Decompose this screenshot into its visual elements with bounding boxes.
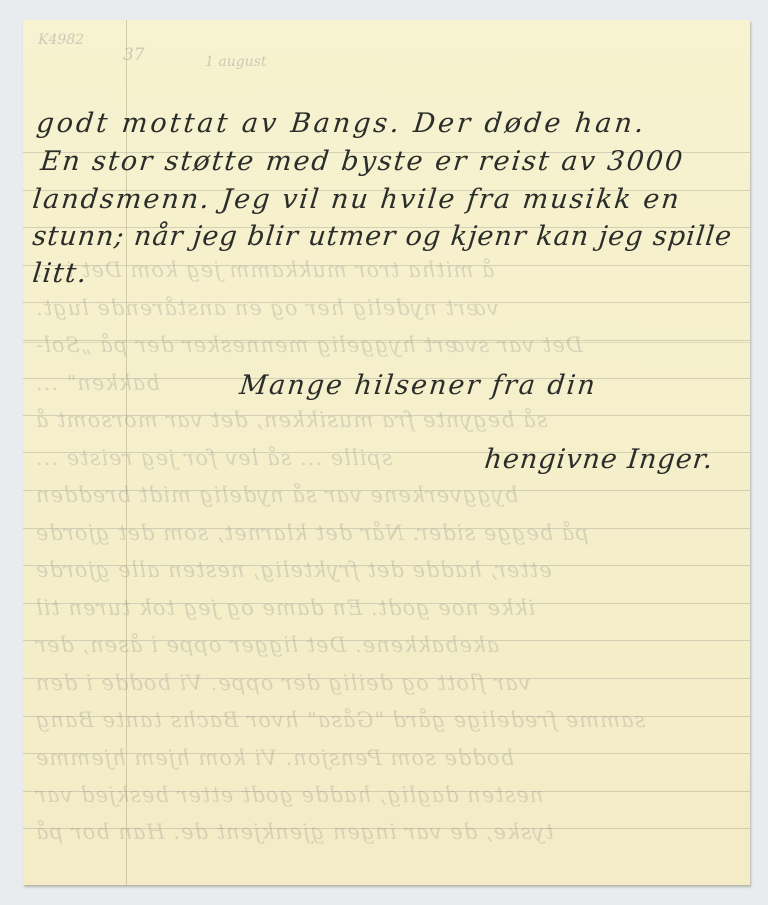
bleed-through-line: samme fredelige gård "Gåsa" hvor Bachs t… xyxy=(35,708,738,732)
bleed-through-line: bodde som Pensjon. Vi kom hjem hjemme xyxy=(35,746,738,770)
page-number: 37 xyxy=(123,45,145,65)
bleed-through-line: så begynte fra musikken, det var morsomt… xyxy=(35,408,738,432)
bleed-through-line: var flott og deilig der oppe. Vi bodde i… xyxy=(35,671,738,695)
date-note: 1 august xyxy=(205,54,267,70)
archive-number: K4982 xyxy=(38,32,84,48)
bleed-through-line: Det var svært hyggelig mennesker der på … xyxy=(35,333,738,357)
letter-body-line: landsmenn. Jeg vil nu hvile fra musikk e… xyxy=(31,184,682,215)
bleed-through-line: akebakkene. Det ligger oppe i åsen, der xyxy=(35,633,738,657)
bleed-through-line: tyske, de var ingen gjenkjent de. Han bo… xyxy=(35,820,738,844)
letter-page: K4982 37 1 august å mitha tror mukkamm j… xyxy=(23,20,750,885)
bleed-through-line: etter, hadde det fryktelig, nesten alle … xyxy=(35,558,738,582)
letter-body-line: En stor støtte med byste er reist av 300… xyxy=(39,146,686,177)
letter-body-line: godt mottat av Bangs. Der døde han. xyxy=(35,108,648,139)
letter-signature: hengivne Inger. xyxy=(483,444,715,475)
bleed-through-line: vært nydelig her og en anstårende lugt. xyxy=(35,296,738,320)
bleed-through-line: nesten daglig, hadde godt etter beskjed … xyxy=(35,783,738,807)
letter-body-line: litt. xyxy=(31,258,89,289)
letter-closing: Mange hilsener fra din xyxy=(238,370,598,401)
letter-body-line: stunn; når jeg blir utmer og kjenr kan j… xyxy=(31,221,734,252)
bleed-through-line: å mitha tror mukkamm jeg kom Det i ... xyxy=(35,258,738,282)
bleed-through-line: byggverkene var så nydelig midt bredden xyxy=(35,483,738,507)
bleed-through-line: ikke noe godt. En dame og jeg tok turen … xyxy=(35,596,738,620)
bleed-through-line: på begge sider. Når det klarnet, som det… xyxy=(35,521,738,545)
